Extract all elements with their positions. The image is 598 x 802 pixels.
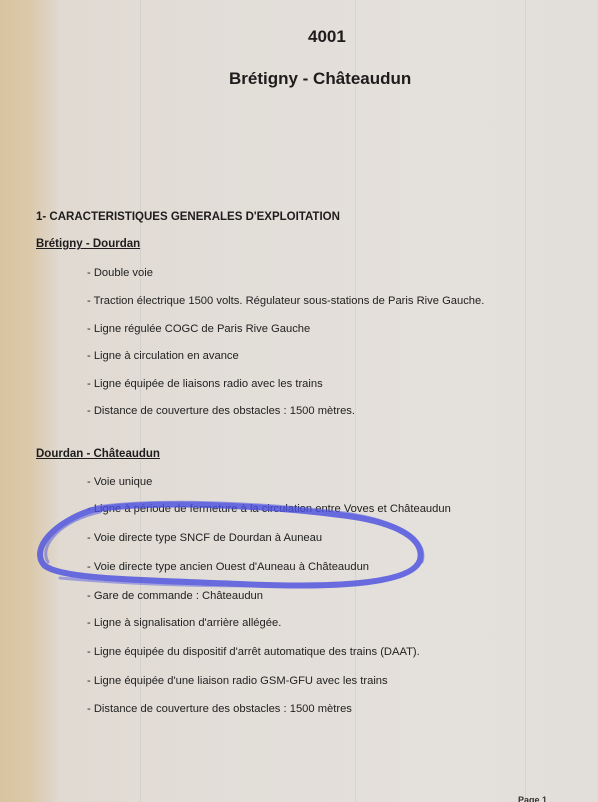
list-item: - Voie directe type ancien Ouest d'Aunea… [87, 561, 369, 573]
list-item: - Ligne à circulation en avance [87, 350, 239, 362]
list-item: - Voie directe type SNCF de Dourdan à Au… [87, 532, 322, 544]
sub-heading-dourdan-chateaudun: Dourdan - Châteaudun [36, 448, 160, 460]
list-item: - Ligne équipée d'une liaison radio GSM-… [87, 675, 388, 687]
list-item: - Distance de couverture des obstacles :… [87, 405, 355, 417]
list-item: - Traction électrique 1500 volts. Régula… [87, 295, 484, 307]
list-item: - Gare de commande : Châteaudun [87, 590, 263, 602]
page-footer: Page 1 [518, 795, 547, 802]
list-item: - Ligne régulée COGC de Paris Rive Gauch… [87, 323, 310, 335]
list-item: - Voie unique [87, 476, 152, 488]
document-page: 4001 Brétigny - Châteaudun 1- CARACTERIS… [0, 0, 598, 802]
list-item: - Ligne équipée du dispositif d'arrêt au… [87, 646, 420, 658]
list-item: - Double voie [87, 267, 153, 279]
document-title: Brétigny - Châteaudun [229, 69, 411, 89]
list-item: - Ligne équipée de liaisons radio avec l… [87, 378, 323, 390]
list-item: - Distance de couverture des obstacles :… [87, 703, 352, 715]
list-item: - Ligne à signalisation d'arrière allégé… [87, 617, 281, 629]
paper-crease [525, 0, 526, 802]
sub-heading-bretigny-dourdan: Brétigny - Dourdan [36, 238, 140, 250]
document-number: 4001 [308, 27, 346, 47]
list-item: - Ligne à période de fermeture à la circ… [87, 503, 451, 515]
section-title: 1- CARACTERISTIQUES GENERALES D'EXPLOITA… [36, 211, 340, 223]
